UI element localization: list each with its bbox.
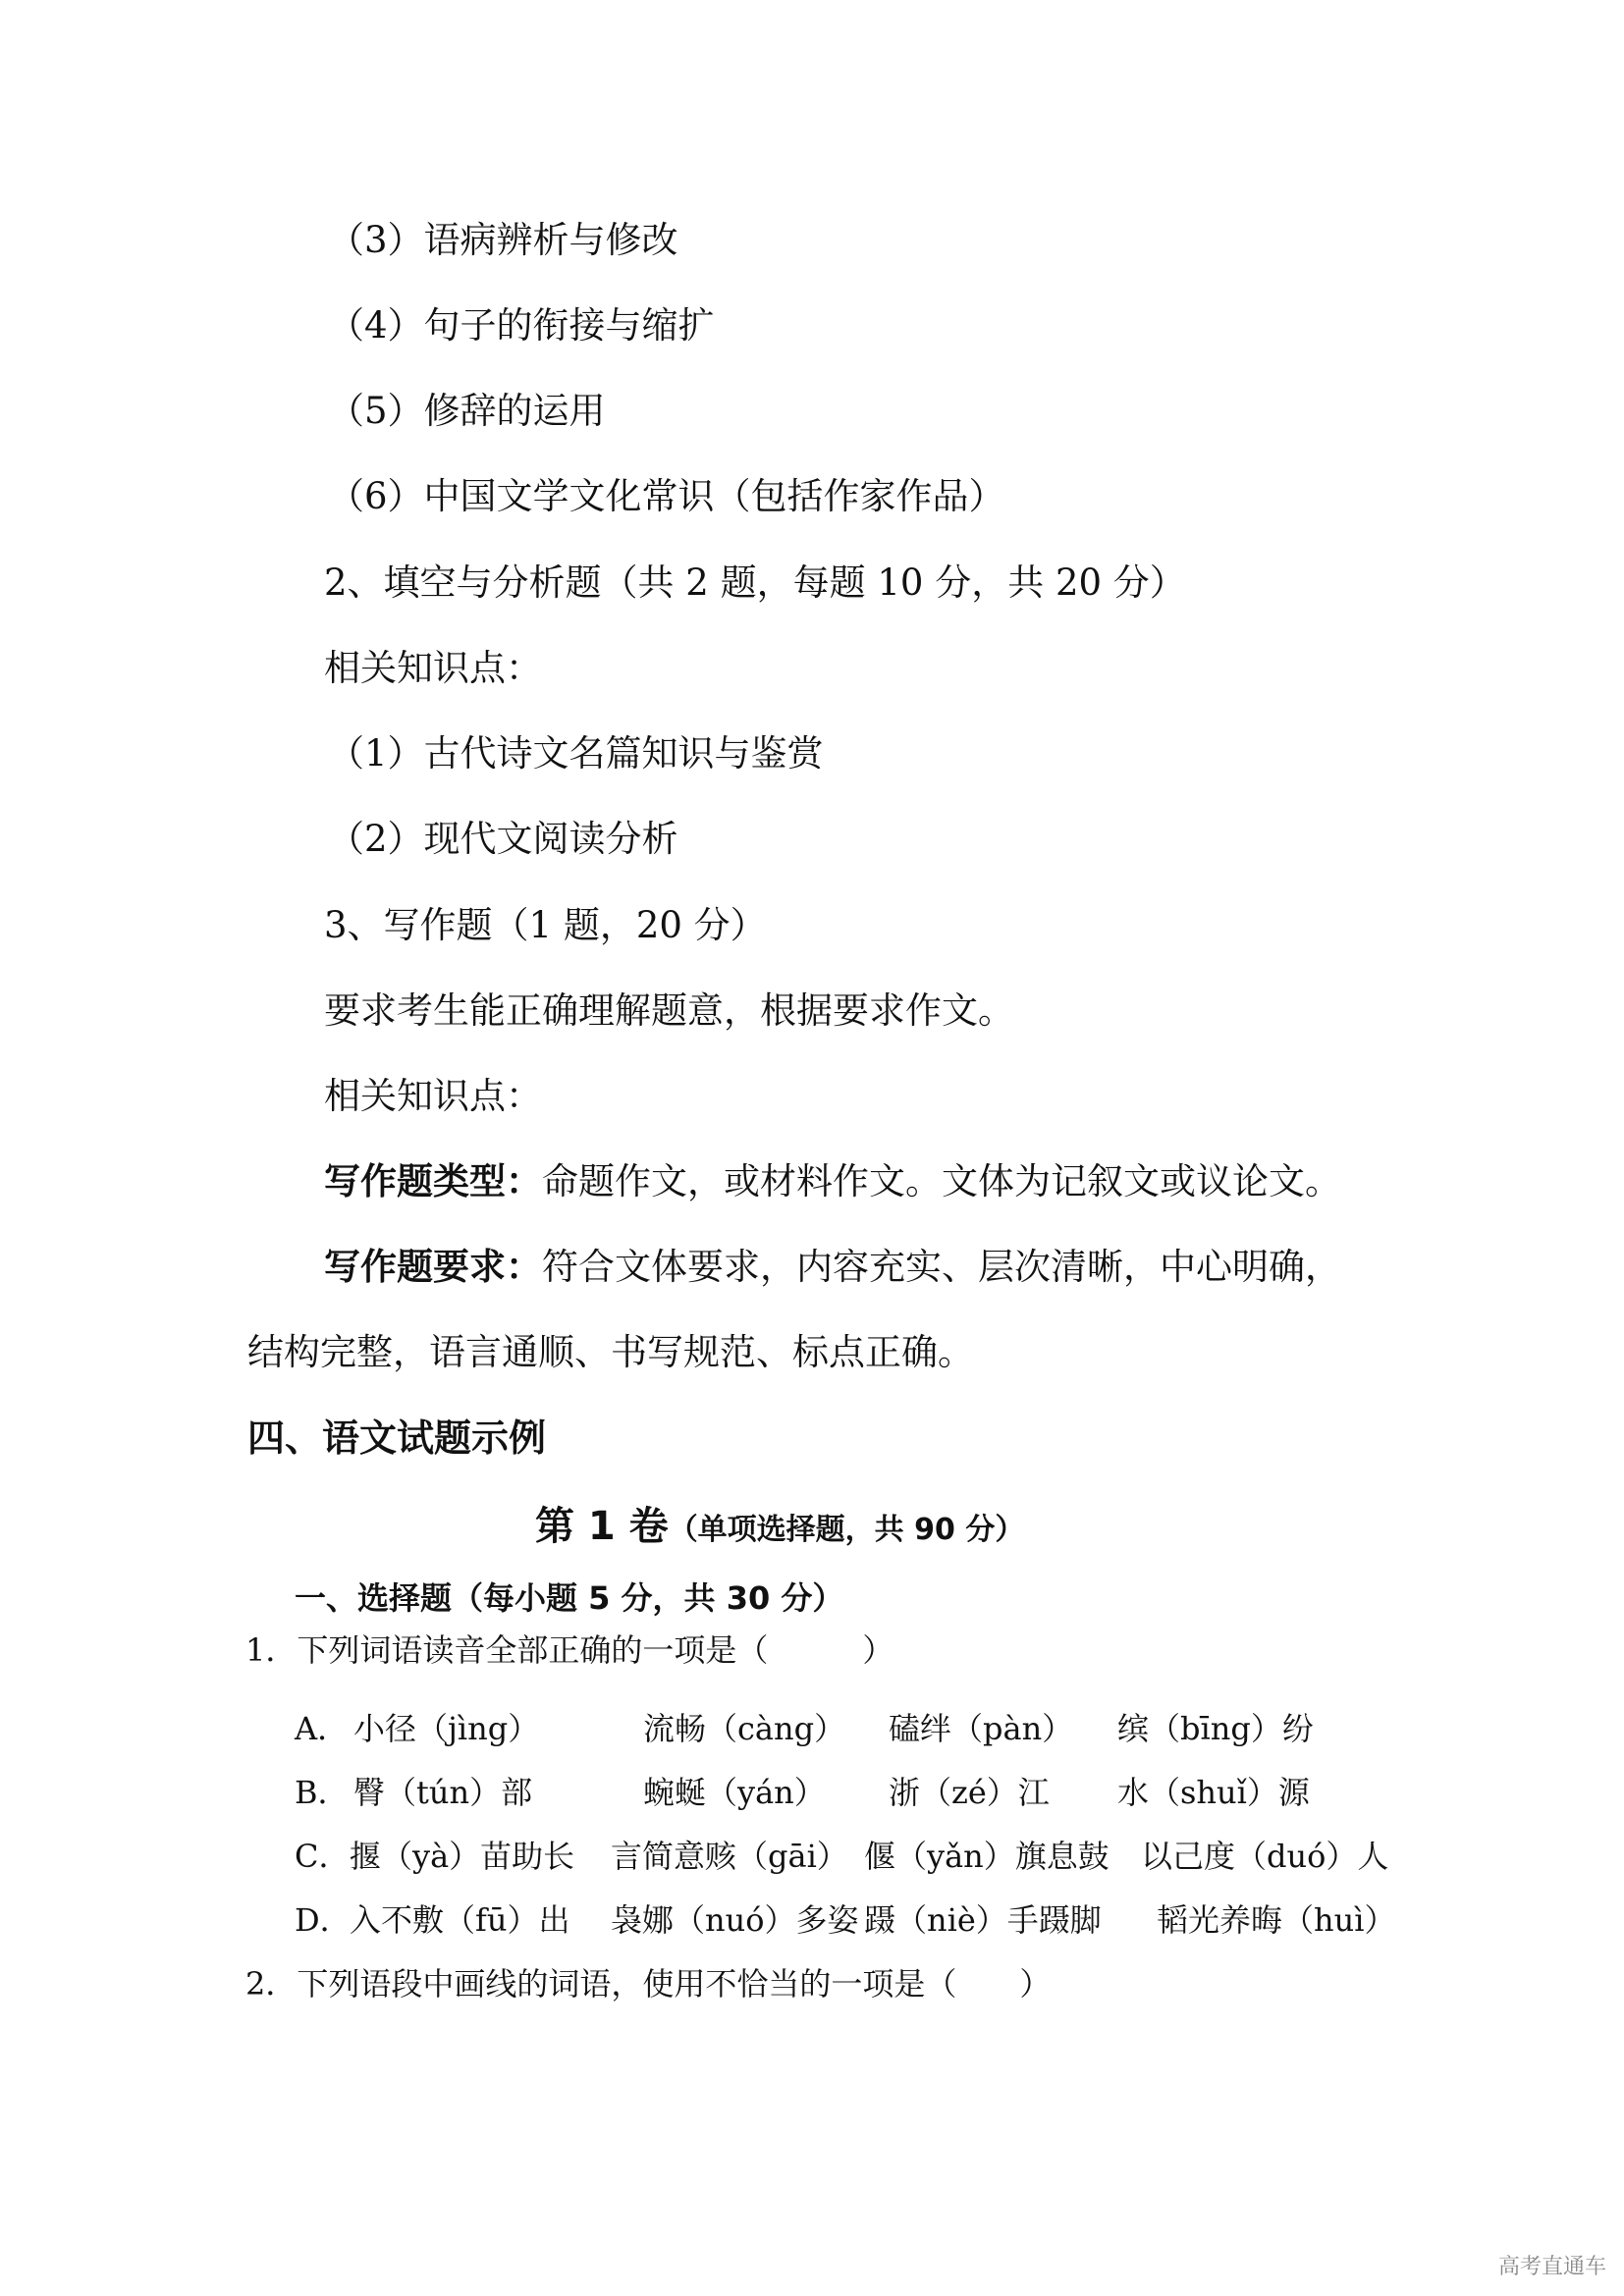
question-1-stem: 1．下列词语读音全部正确的一项是（ ） [245, 1634, 893, 1666]
option-cell: 蹑（niè）手蹑脚 [864, 1904, 1102, 1936]
option-cell: 浙（zé）江 [889, 1777, 1050, 1808]
writing-req-label: 写作题要求： [324, 1246, 542, 1288]
related-knowledge-label: 相关知识点： [324, 650, 542, 686]
option-label: C． [295, 1841, 351, 1872]
knowledge-item: （3）语病辨析与修改 [328, 222, 678, 258]
writing-req-paragraph: 写作题要求：符合文体要求，内容充实、层次清晰，中心明确， [324, 1249, 1341, 1285]
option-label: A． [295, 1713, 349, 1744]
option-label: D． [295, 1904, 352, 1936]
volume-title-row: 第 1 卷（单项选择题，共 90 分） [535, 1507, 1024, 1546]
volume-subtitle: （单项选择题，共 90 分） [669, 1513, 1025, 1547]
related-knowledge-label: 相关知识点： [324, 1078, 542, 1114]
knowledge-item: （1）古代诗文名篇知识与鉴赏 [328, 735, 824, 772]
part-4-heading: 四、语文试题示例 [247, 1419, 546, 1457]
writing-req-text: 符合文体要求，内容充实、层次清晰，中心明确， [542, 1246, 1341, 1288]
section-2-title: 2、填空与分析题（共 2 题，每题 10 分，共 20 分） [324, 564, 1186, 601]
watermark: 高考直通车 [1498, 2250, 1606, 2280]
writing-type-paragraph: 写作题类型：命题作文，或材料作文。文体为记叙文或议论文。 [324, 1163, 1341, 1200]
option-cell: 磕绊（pàn） [889, 1713, 1073, 1744]
option-cell: 水（shuǐ）源 [1117, 1777, 1310, 1808]
writing-type-label: 写作题类型： [324, 1160, 542, 1202]
choice-section-title: 一、选择题（每小题 5 分，共 30 分） [295, 1582, 843, 1614]
option-cell: 入不敷（fū）出 [350, 1904, 569, 1936]
option-cell: 蜿蜒（yán） [643, 1777, 826, 1808]
option-cell: 偃（yǎn）旗息鼓 [864, 1841, 1110, 1872]
option-a: A． 小径（jìng） 流畅（càng） 磕绊（pàn） 缤（bīng）纷 [295, 1713, 1424, 1752]
knowledge-item: （4）句子的衔接与缩扩 [328, 307, 715, 344]
option-cell: 以己度（duó）人 [1141, 1841, 1388, 1872]
option-cell: 揠（yà）苗助长 [350, 1841, 574, 1872]
option-cell: 流畅（càng） [643, 1713, 845, 1744]
knowledge-item: （5）修辞的运用 [328, 393, 606, 429]
volume-title: 第 1 卷 [535, 1504, 669, 1549]
option-c: C． 揠（yà）苗助长 言简意赅（gāi） 偃（yǎn）旗息鼓 以己度（duó）… [295, 1841, 1424, 1880]
question-2-stem: 2．下列语段中画线的词语，使用不恰当的一项是（ ） [245, 1968, 1051, 2000]
option-cell: 小径（jìng） [353, 1713, 539, 1744]
option-cell: 韬光养晦（huì） [1157, 1904, 1395, 1936]
option-b: B． 臀（tún）部 蜿蜒（yán） 浙（zé）江 水（shuǐ）源 [295, 1777, 1424, 1816]
section-3-title: 3、写作题（1 题，20 分） [324, 907, 767, 943]
option-cell: 缤（bīng）纷 [1117, 1713, 1314, 1744]
writing-req-text-continued: 结构完整，语言通顺、书写规范、标点正确。 [247, 1334, 974, 1370]
option-d: D． 入不敷（fū）出 袅娜（nuó）多姿 蹑（niè）手蹑脚 韬光养晦（huì… [295, 1904, 1424, 1944]
writing-type-text: 命题作文，或材料作文。文体为记叙文或议论文。 [542, 1160, 1341, 1202]
option-cell: 袅娜（nuó）多姿 [611, 1904, 859, 1936]
knowledge-item: （2）现代文阅读分析 [328, 821, 678, 857]
option-cell: 臀（tún）部 [353, 1777, 532, 1808]
section-3-requirement: 要求考生能正确理解题意，根据要求作文。 [324, 992, 1014, 1029]
option-label: B． [295, 1777, 350, 1808]
option-cell: 言简意赅（gāi） [611, 1841, 848, 1872]
knowledge-item: （6）中国文学文化常识（包括作家作品） [328, 478, 1005, 514]
